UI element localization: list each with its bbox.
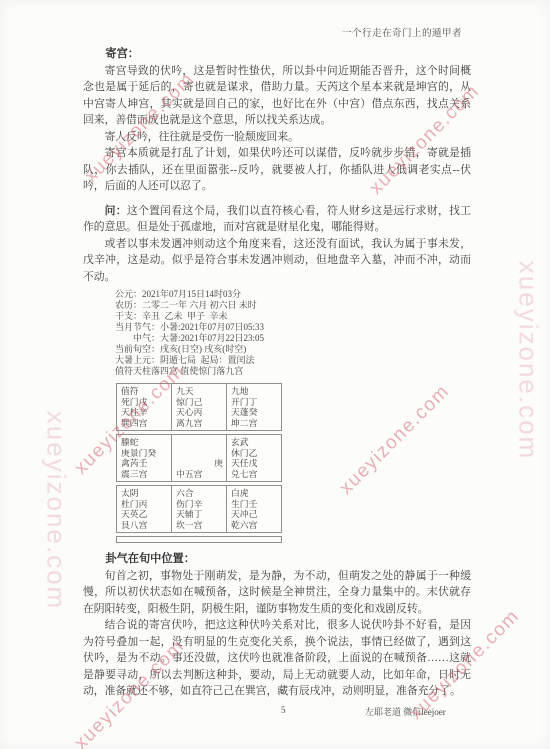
datetime-block: 公元：2021年07月15日14时03分 农历：二零二一年 六月 初六日 未时 … — [115, 289, 471, 377]
section-heading-jigong: 寄宫： — [83, 46, 471, 63]
datetime-gregorian: 公元：2021年07月15日14时03分 — [115, 289, 471, 300]
chart-row-3: 太阴 杜门丙 天英乙 艮八宫 六合 伤门辛 天辅丁 坎一宫 白虎 生门壬 天冲己… — [116, 485, 282, 533]
question-label: 问： — [105, 205, 127, 217]
palace-cell-xun4: 值符 死门戊 天柱辛 巽四宫 — [117, 384, 172, 430]
datetime-lunar: 农历：二零二一年 六月 初六日 未时 — [115, 300, 471, 311]
watermark-text: xueyizone.com — [41, 406, 72, 616]
page-header-title: 一个行走在奇门上的遁甲者 — [342, 25, 462, 39]
palace-cell-li9: 九天 惊门己 天心丙 离九宫 — [172, 384, 227, 430]
paragraph-guaqi-2: 结合说的寄宫伏吟，把这这种伏吟关系对比，很多人说伏吟卦不好看，是因为符号叠加一起… — [83, 617, 471, 700]
datetime-ganzhi: 干支：辛丑 乙未 甲子 辛未 — [115, 311, 471, 322]
datetime-xunkong: 当前旬空：戌亥(日空) 戌亥(时空) — [115, 344, 471, 355]
paragraph-guaqi-1: 旬首之初，事物处于刚萌发，是为静，为不动，但萌发之处的静属于一种缓慢，所以初伏状… — [83, 568, 471, 618]
palace-cell-center5: 庚 中五宫 — [172, 435, 227, 481]
document-page: 一个行走在奇门上的遁甲者 寄宫： 寄宫导致的伏吟，这是暂时性蛰伏，所以卦中问近期… — [0, 0, 550, 749]
chart-row-2: 螣蛇 庚景门癸 禽芮壬 震三宫 庚 中五宫 玄武 休门乙 天任戊 兑七宫 — [116, 434, 282, 482]
palace-cell-kan1: 六合 伤门辛 天辅丁 坎一宫 — [172, 486, 227, 532]
datetime-ju: 大暑上元：阴遁七局 起局：置闰法 — [115, 355, 471, 366]
page-number: 5 — [281, 705, 286, 715]
palace-cell-kun2: 九地 开门丁 天蓬癸 坤二宫 — [227, 384, 281, 430]
paragraph-jigong-3: 寄宫本质就是打乱了计划，如果伏吟还可以谋借，反吟就步步错，寄就是插队，你去插队，… — [83, 145, 471, 195]
qimen-chart-table: 值符 死门戊 天柱辛 巽四宫 九天 惊门己 天心丙 离九宫 九地 开门丁 天蓬癸… — [116, 383, 282, 543]
datetime-jieqi: 当月节气：小暑:2021年07月07日05:33 — [115, 322, 471, 333]
watermark-text: xueyizone.com — [513, 256, 544, 466]
chart-row-1: 值符 死门戊 天柱辛 巽四宫 九天 惊门己 天心丙 离九宫 九地 开门丁 天蓬癸… — [116, 383, 282, 431]
palace-cell-gen8: 太阴 杜门丙 天英乙 艮八宫 — [117, 486, 172, 532]
question-text: 这个置闰看这个局，我们以直符核心看，符人财乡这是远行求财，找工作的意思。但是处于… — [83, 205, 471, 234]
document-body: 寄宫： 寄宫导致的伏吟，这是暂时性蛰伏，所以卦中问近期能否晋升，这个时间概念也是… — [83, 46, 471, 700]
palace-cell-dui7: 玄武 休门乙 天任戊 兑七宫 — [227, 435, 281, 481]
palace-cell-zhen3: 螣蛇 庚景门癸 禽芮壬 震三宫 — [117, 435, 172, 481]
paragraph-jigong-1: 寄宫导致的伏吟，这是暂时性蛰伏，所以卦中问近期能否晋升，这个时间概念也是属于延后… — [83, 63, 471, 129]
chart-bottom-strip — [116, 536, 282, 543]
footer-author: 左耶老道 微信leejoer — [365, 705, 446, 718]
datetime-zhongqi: 中气：大暑:2021年07月22日23:05 — [115, 333, 471, 344]
palace-cell-qian6: 白虎 生门壬 天冲己 乾六宫 — [227, 486, 281, 532]
paragraph-question: 问：这个置闰看这个局，我们以直符核心看，符人财乡这是远行求财，找工作的意思。但是… — [83, 203, 471, 236]
paragraph-jigong-2: 寄人反吟，往往就是受伤一脸颓废回来。 — [83, 129, 471, 146]
datetime-zhifu-zhishi: 值符天柱落四宫 值使惊门落九宫 — [115, 366, 471, 377]
paragraph-answer: 或者以事未发遇冲则动这个角度来看，这还没有面试，我认为属于事未发，戊辛冲，这是动… — [83, 236, 471, 286]
section-heading-guaqi: 卦气在旬中位置： — [83, 551, 471, 568]
